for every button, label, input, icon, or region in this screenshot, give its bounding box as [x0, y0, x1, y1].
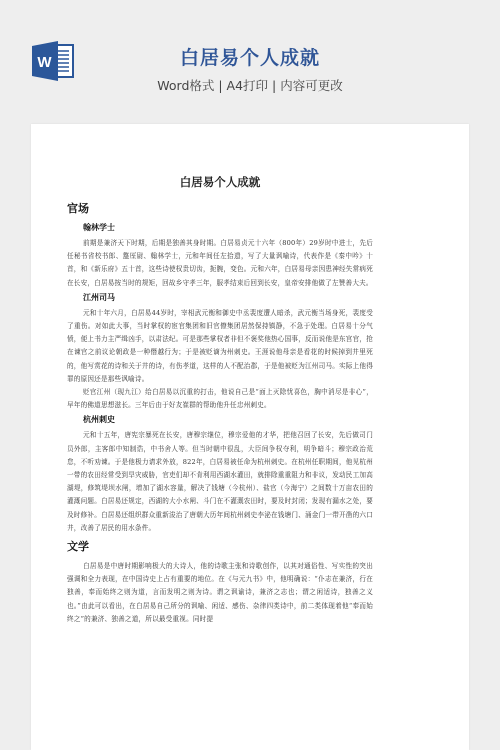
section-heading: 官场	[67, 200, 373, 216]
page-title: 白居易个人成就	[0, 43, 500, 70]
page-header: W 白居易个人成就 Word格式 | A4打印 | 内容可更改	[0, 0, 500, 110]
paragraph: 白居易是中唐时期影响极大的大诗人，他的诗歌主张和诗歌创作，以其对通俗性、写实性的…	[67, 560, 373, 626]
subsection-heading: 江州司马	[83, 292, 373, 303]
document-title: 白居易个人成就	[67, 174, 373, 190]
document-content: 白居易个人成就 官场 翰林学士 前期是兼济天下时期，后期是独善其身时期。白居易贞…	[67, 174, 373, 626]
section-heading: 文学	[67, 538, 373, 554]
document-page: 白居易个人成就 官场 翰林学士 前期是兼济天下时期，后期是独善其身时期。白居易贞…	[31, 124, 469, 750]
subsection-heading: 翰林学士	[83, 222, 373, 233]
paragraph: 元和十年六月，白居易44岁时，宰相武元衡和御史中丞裴度遭人暗杀，武元衡当场身死，…	[67, 307, 373, 386]
paragraph: 贬官江州（现九江）给白居易以沉重的打击，他说自己是“面上灭除忧喜色，胸中消尽是非…	[67, 386, 373, 412]
paragraph: 前期是兼济天下时期，后期是独善其身时期。白居易贞元十六年（800年）29岁时中进…	[67, 237, 373, 290]
paragraph: 元和十五年，唐宪宗暴死在长安，唐穆宗继位，穆宗爱他的才华，把他召回了长安，先后做…	[67, 429, 373, 535]
page-subtitle: Word格式 | A4打印 | 内容可更改	[0, 76, 500, 94]
subsection-heading: 杭州刺史	[83, 414, 373, 425]
